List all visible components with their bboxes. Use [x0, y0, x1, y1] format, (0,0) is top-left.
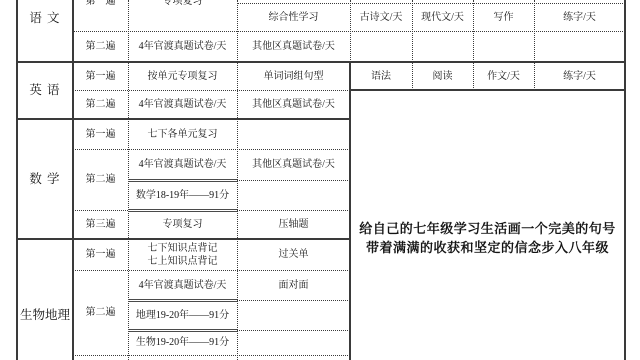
math-pass3-other: 压轴题: [237, 210, 350, 239]
grid-line-row: [73, 355, 350, 356]
grid-line-row: [237, 300, 350, 301]
chinese-pass1-group-task: 综合性学习: [237, 3, 350, 31]
biogeo-pass1-task: 七下知识点背记 七上知识点背记: [128, 239, 237, 270]
math-pass1-label: 第一遍: [73, 119, 128, 149]
chinese-column-writing: 写作: [473, 3, 534, 31]
biogeo-pass1-task-line1: 七下知识点背记: [148, 242, 218, 255]
english-column-calligraphy: 练字/天: [534, 62, 625, 90]
english-pass2-task: 4年官渡真题试卷/天: [128, 90, 237, 119]
chinese-column-modern-text: 现代文/天: [412, 3, 473, 31]
motivational-message-line1: 给自己的七年级学习生活画一个完美的句号: [359, 219, 616, 238]
math-pass2-score-note: 数学18-19年——91分: [128, 180, 237, 210]
english-column-composition: 作文/天: [473, 62, 534, 90]
math-pass3-label: 第三遍: [73, 210, 128, 239]
biogeo-pass1-other: 过关单: [237, 239, 350, 270]
math-pass3-task: 专项复习: [128, 210, 237, 239]
math-pass2-label: 第二遍: [73, 149, 128, 210]
english-pass1-group-task: 单词词组句型: [237, 62, 350, 90]
table-right-border: [624, 0, 626, 360]
chinese-pass1-task: 专项复习: [128, 0, 237, 12]
chinese-pass1-label: 第一遍: [73, 0, 128, 12]
biogeo-pass1-task-line2: 七上知识点背记: [148, 255, 218, 268]
math-pass1-task: 七下各单元复习: [128, 119, 237, 149]
english-pass2-label: 第二遍: [73, 90, 128, 119]
motivational-message-line2: 带着满满的收获和坚定的信念步入八年级: [366, 238, 609, 257]
biogeo-pass1-label: 第一遍: [73, 239, 128, 270]
biogeo-pass2-score-note-geography: 地理19-20年——91分: [128, 300, 237, 330]
math-pass2-task: 4年官渡真题试卷/天: [128, 149, 237, 180]
chinese-pass2-other: 其他区真题试卷/天: [237, 31, 350, 62]
english-pass1-label: 第一遍: [73, 62, 128, 90]
grid-line-row: [237, 180, 350, 181]
english-pass2-other: 其他区真题试卷/天: [237, 90, 350, 119]
chinese-pass2-task: 4年官渡真题试卷/天: [128, 31, 237, 62]
chinese-column-calligraphy: 练字/天: [534, 3, 625, 31]
biogeo-pass2-score-note-biology: 生物19-20年——91分: [128, 330, 237, 355]
biogeo-pass2-other: 面对面: [237, 270, 350, 300]
math-pass2-other: 其他区真题试卷/天: [237, 149, 350, 180]
biogeo-pass2-label: 第二遍: [73, 270, 128, 355]
english-column-reading: 阅读: [412, 62, 473, 90]
subject-label-biology-geography: 生物地理: [17, 295, 73, 335]
biogeo-pass2-task: 4年官渡真题试卷/天: [128, 270, 237, 300]
subject-label-chinese: 语 文: [17, 0, 73, 36]
chinese-column-poetry: 古诗文/天: [350, 3, 412, 31]
english-pass1-task: 按单元专项复习: [128, 62, 237, 90]
grid-line-row: [237, 330, 350, 331]
study-plan-table: 语 文 第一遍 专项复习 综合性学习 古诗文/天 现代文/天 写作 练字/天 第…: [0, 0, 640, 360]
chinese-pass2-label: 第二遍: [73, 31, 128, 62]
motivational-message: 给自己的七年级学习生活画一个完美的句号 带着满满的收获和坚定的信念步入八年级: [350, 214, 625, 262]
subject-label-english: 英 语: [17, 62, 73, 119]
subject-label-math: 数 学: [17, 119, 73, 239]
english-column-grammar: 语法: [350, 62, 412, 90]
